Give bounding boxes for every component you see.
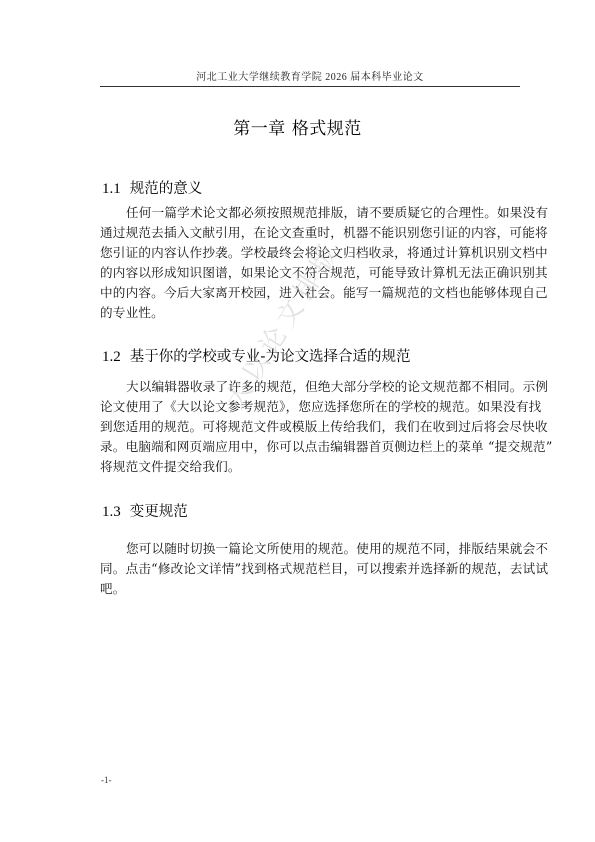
section-heading-1-2: 1.2基于你的学校或专业-为论文选择合适的规范 [102,346,410,367]
text-line: 任何一篇学术论文都必须按照规范排版，请不要质疑它的合理性。如果没有 [100,203,518,223]
section-title: 基于你的学校或专业-为论文选择合适的规范 [130,349,411,365]
paragraph-1-2: 大以编辑器收录了许多的规范，但绝大部分学校的论文规范都不相同。示例 论文使用了《… [100,377,518,477]
section-heading-1-1: 1.1规范的意义 [102,178,202,199]
text-line: 论文使用了《大以论文参考规范》，您应选择您所在的学校的规范。如果没有找 [100,397,518,417]
chapter-title: 第一章 格式规范 [0,118,595,140]
text-line: 的内容以形成知识图谱，如果论文不符合规范，可能导致计算机无法正确识别其 [100,263,518,283]
running-header: 河北工业大学继续教育学院 2026 届本科毕业论文 [100,72,520,86]
page-number: -1- [101,774,112,786]
section-number: 1.3 [102,504,121,520]
text-line: 您可以随时切换一篇论文所使用的规范。使用的规范不同，排版结果就会不 [100,539,518,559]
section-heading-1-3: 1.3变更规范 [102,501,188,522]
text-line: 吧。 [100,579,518,599]
text-line: 通过规范去插入文献引用，在论文查重时，机器不能识别您引证的内容，可能将 [100,223,518,243]
text-line: 录。电脑端和网页端应用中，你可以点击编辑器首页侧边栏上的菜单 “提交规范” [100,437,518,457]
section-number: 1.1 [102,181,121,197]
text-line: 您引证的内容认作抄袭。学校最终会将论文归档收录，将通过计算机识别文档中 [100,243,518,263]
section-number: 1.2 [102,349,121,365]
section-title: 规范的意义 [130,181,203,197]
text-line: 将规范文件提交给我们。 [100,457,518,477]
header-rule [100,86,520,87]
text-line: 到您适用的规范。可将规范文件或模版上传给我们，我们在收到过后将会尽快收 [100,417,518,437]
text-line: 大以编辑器收录了许多的规范，但绝大部分学校的论文规范都不相同。示例 [100,377,518,397]
text-line: 的专业性。 [100,303,518,323]
text-line: 同。点击“修改论文详情”找到格式规范栏目，可以搜索并选择新的规范，去试试 [100,559,518,579]
paragraph-1-1: 任何一篇学术论文都必须按照规范排版，请不要质疑它的合理性。如果没有 通过规范去插… [100,203,518,323]
text-line: 中的内容。今后大家离开校园，进入社会。能写一篇规范的文档也能够体现自己 [100,283,518,303]
paragraph-1-3: 您可以随时切换一篇论文所使用的规范。使用的规范不同，排版结果就会不 同。点击“修… [100,539,518,599]
section-title: 变更规范 [130,504,188,520]
